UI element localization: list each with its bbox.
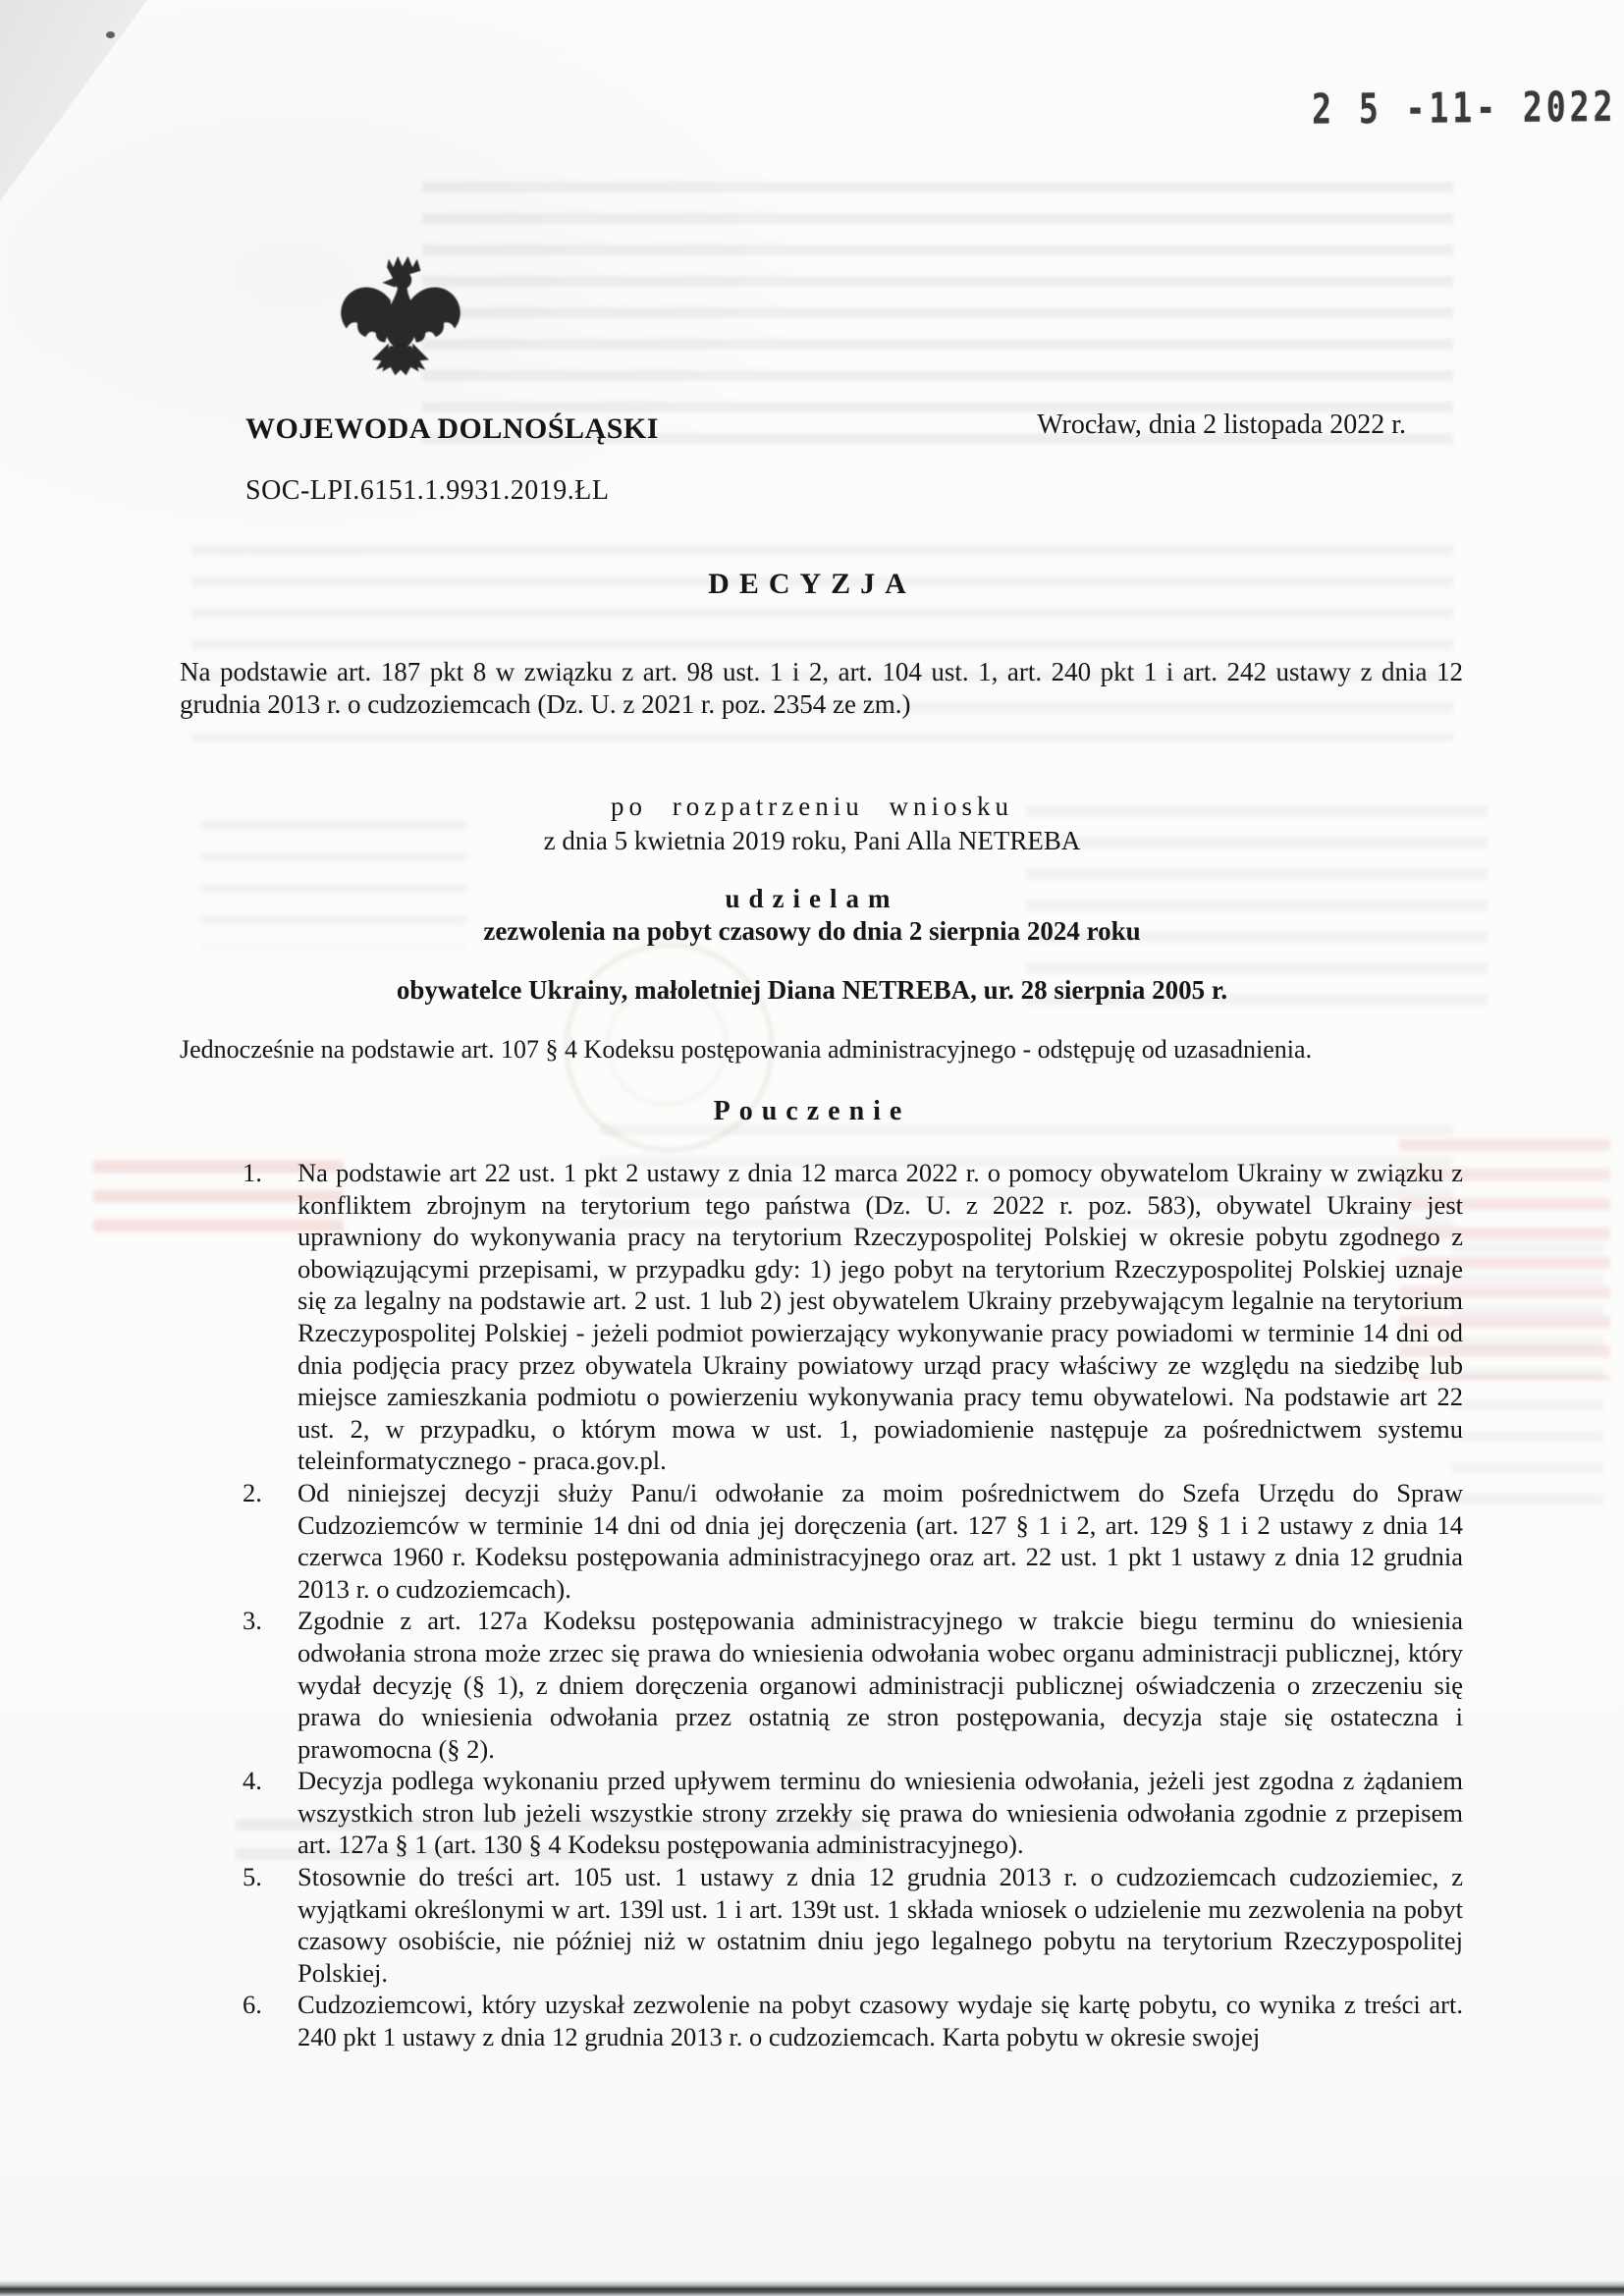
page-corner-fold-artifact — [0, 0, 147, 201]
instruction-number: 5. — [243, 1861, 262, 1893]
instruction-number: 4. — [243, 1765, 262, 1797]
legal-basis-paragraph: Na podstawie art. 187 pkt 8 w związku z … — [180, 656, 1463, 721]
issuing-office-name: WOJEWODA DOLNOŚLĄSKI — [245, 412, 659, 446]
justification-waiver-line: Jednocześnie na podstawie art. 107 § 4 K… — [180, 1033, 1463, 1066]
case-reference-number: SOC-LPI.6151.1.9931.2019.ŁL — [245, 475, 610, 507]
receipt-date-stamp-text: 2 5 -11- 2022 — [1312, 82, 1617, 134]
instruction-text: Stosownie do treści art. 105 ust. 1 usta… — [298, 1862, 1463, 1988]
beneficiary-line: obywatelce Ukrainy, małoletniej Diana NE… — [0, 975, 1624, 1006]
instruction-item-3: 3. Zgodnie z art. 127a Kodeksu postępowa… — [180, 1605, 1463, 1765]
instruction-text: Od niniejszej decyzji służy Panu/i odwoł… — [298, 1478, 1463, 1604]
instruction-item-6: 6. Cudzoziemcowi, który uzyskał zezwolen… — [180, 1989, 1463, 2052]
instruction-number: 3. — [243, 1605, 262, 1637]
place-and-date-line: Wrocław, dnia 2 listopada 2022 r. — [1037, 410, 1406, 441]
instruction-item-4: 4. Decyzja podlega wykonaniu przed upływ… — [180, 1765, 1463, 1861]
scan-edge-artifact — [0, 2280, 1624, 2296]
polish-eagle-emblem — [332, 249, 469, 397]
instruction-text: Zgodnie z art. 127a Kodeksu postępowania… — [298, 1606, 1463, 1763]
document-title: DECYZJA — [0, 568, 1624, 601]
instruction-text: Decyzja podlega wykonaniu przed upływem … — [298, 1766, 1463, 1859]
instruction-item-2: 2. Od niniejszej decyzji służy Panu/i od… — [180, 1477, 1463, 1605]
instruction-list: 1. Na podstawie art 22 ust. 1 pkt 2 usta… — [180, 1157, 1463, 2053]
receipt-date-stamp: 2 5 -11- 2022· — [1312, 82, 1624, 134]
instruction-number: 1. — [243, 1157, 262, 1189]
instruction-item-5: 5. Stosownie do treści art. 105 ust. 1 u… — [180, 1861, 1463, 1989]
scanned-decision-document: 2 5 -11- 2022· — [0, 0, 1624, 2296]
grant-detail-line: zezwolenia na pobyt czasowy do dnia 2 si… — [0, 916, 1624, 947]
bleedthrough-text-artifact — [1451, 1242, 1603, 1522]
scan-speck-artifact — [106, 31, 115, 38]
instruction-item-1: 1. Na podstawie art 22 ust. 1 pkt 2 usta… — [180, 1157, 1463, 1477]
instruction-heading: Pouczenie — [0, 1096, 1624, 1127]
request-origin-line: z dnia 5 kwietnia 2019 roku, Pani Alla N… — [0, 826, 1624, 856]
instruction-text: Na podstawie art 22 ust. 1 pkt 2 ustawy … — [298, 1158, 1463, 1475]
after-review-line: po rozpatrzeniu wniosku — [0, 792, 1624, 822]
instruction-number: 6. — [243, 1989, 262, 2021]
instruction-number: 2. — [243, 1477, 262, 1509]
grant-verb-line: udzielam — [0, 884, 1624, 914]
instruction-text: Cudzoziemcowi, który uzyskał zezwolenie … — [298, 1990, 1463, 2051]
